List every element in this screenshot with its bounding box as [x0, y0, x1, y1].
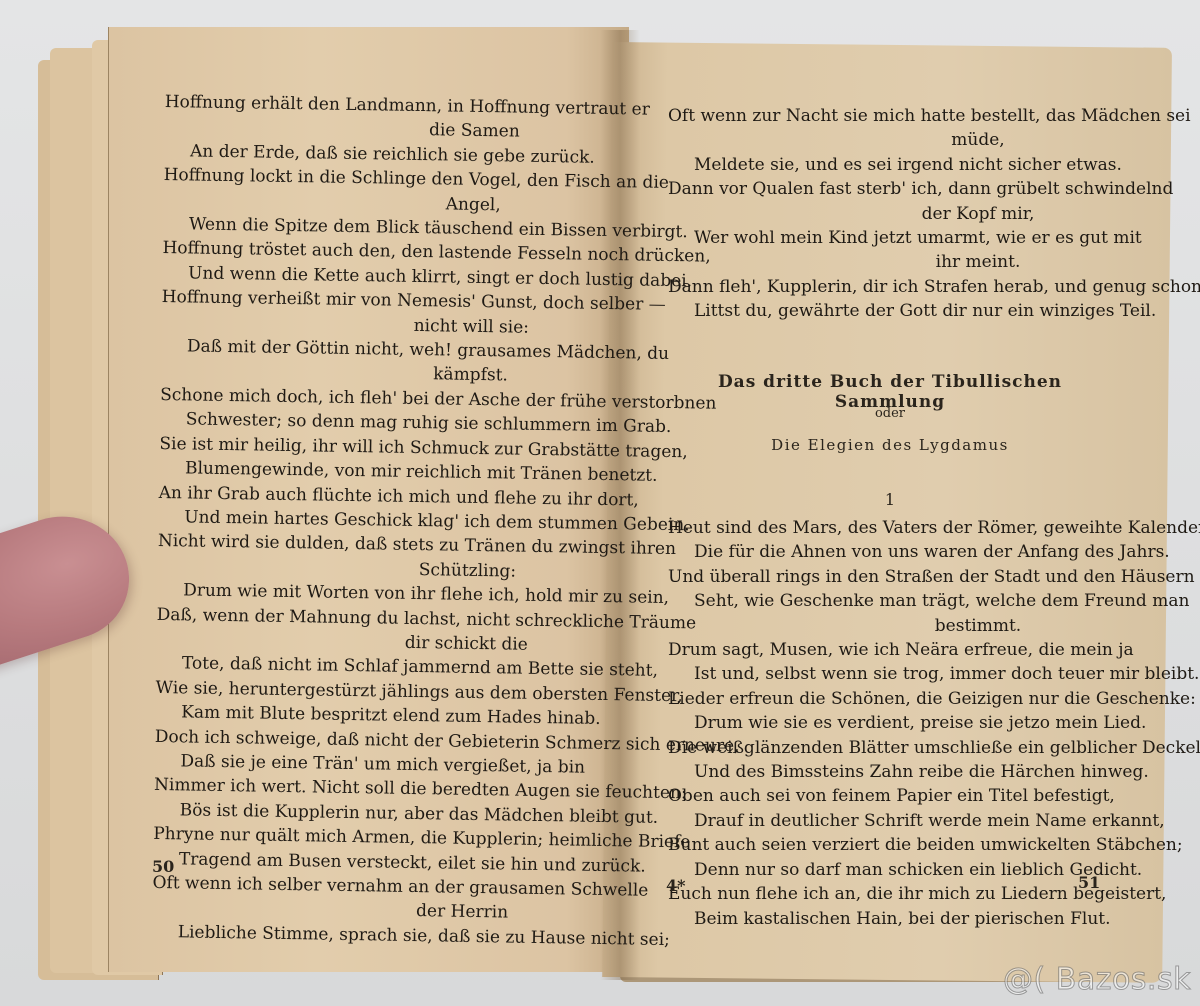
right-page-elegy: Heut sind des Mars, des Vaters der Römer…: [668, 516, 1108, 931]
verse-line: Wer wohl mein Kind jetzt umarmt, wie er …: [668, 226, 1108, 250]
verse-line: Und überall rings in den Straßen der Sta…: [668, 565, 1108, 589]
verse-line: bestimmt.: [668, 614, 1108, 638]
verse-line: Dann vor Qualen fast sterb' ich, dann gr…: [668, 177, 1108, 201]
verse-line: Ist und, selbst wenn sie trog, immer doc…: [668, 662, 1108, 686]
verse-line: ihr meint.: [668, 250, 1108, 274]
verse-line: Littst du, gewährte der Gott dir nur ein…: [668, 299, 1108, 323]
verse-line: Und des Bimssteins Zahn reibe die Härche…: [668, 760, 1108, 784]
verse-line: Heut sind des Mars, des Vaters der Römer…: [668, 516, 1108, 540]
verse-line: Drum wie sie es verdient, preise sie jet…: [668, 711, 1108, 735]
left-page-poem: Hoffnung erhält den Landmann, in Hoffnun…: [152, 90, 605, 951]
watermark: @( Bazos.sk: [1003, 962, 1191, 997]
verse-line: Drum sagt, Musen, wie ich Neära erfreue,…: [668, 638, 1108, 662]
verse-line: Dann fleh', Kupplerin, dir ich Strafen h…: [668, 275, 1108, 299]
verse-line: Seht, wie Geschenke man trägt, welche de…: [668, 589, 1108, 613]
right-page-poem-ending: Oft wenn zur Nacht sie mich hatte bestel…: [668, 104, 1108, 324]
book-heading-or: oder: [660, 406, 1120, 421]
verse-line: müde,: [668, 128, 1108, 152]
page-number-right: 51: [1078, 873, 1100, 892]
verse-line: Bunt auch seien verziert die beiden umwi…: [668, 833, 1108, 857]
verse-line: Lieder erfreun die Schönen, die Geizigen…: [668, 687, 1108, 711]
page-number-left: 50: [152, 857, 174, 876]
verse-line: Meldete sie, und es sei irgend nicht sic…: [668, 153, 1108, 177]
signature-mark: 4*: [666, 876, 686, 895]
verse-line: Oben auch sei von feinem Papier ein Tite…: [668, 784, 1108, 808]
verse-line: Die für die Ahnen von uns waren der Anfa…: [668, 540, 1108, 564]
verse-line: der Kopf mir,: [668, 202, 1108, 226]
book-heading-subtitle: Die Elegien des Lygdamus: [660, 436, 1120, 454]
elegy-number: 1: [660, 490, 1120, 509]
verse-line: Denn nur so darf man schicken ein liebli…: [668, 858, 1108, 882]
verse-line: Beim kastalischen Hain, bei der pierisch…: [668, 907, 1108, 931]
verse-line: Drauf in deutlicher Schrift werde mein N…: [668, 809, 1108, 833]
verse-line: Die weißglänzenden Blätter umschließe ei…: [668, 736, 1108, 760]
verse-line: Oft wenn zur Nacht sie mich hatte bestel…: [668, 104, 1108, 128]
verse-line: Euch nun flehe ich an, die ihr mich zu L…: [668, 882, 1108, 906]
